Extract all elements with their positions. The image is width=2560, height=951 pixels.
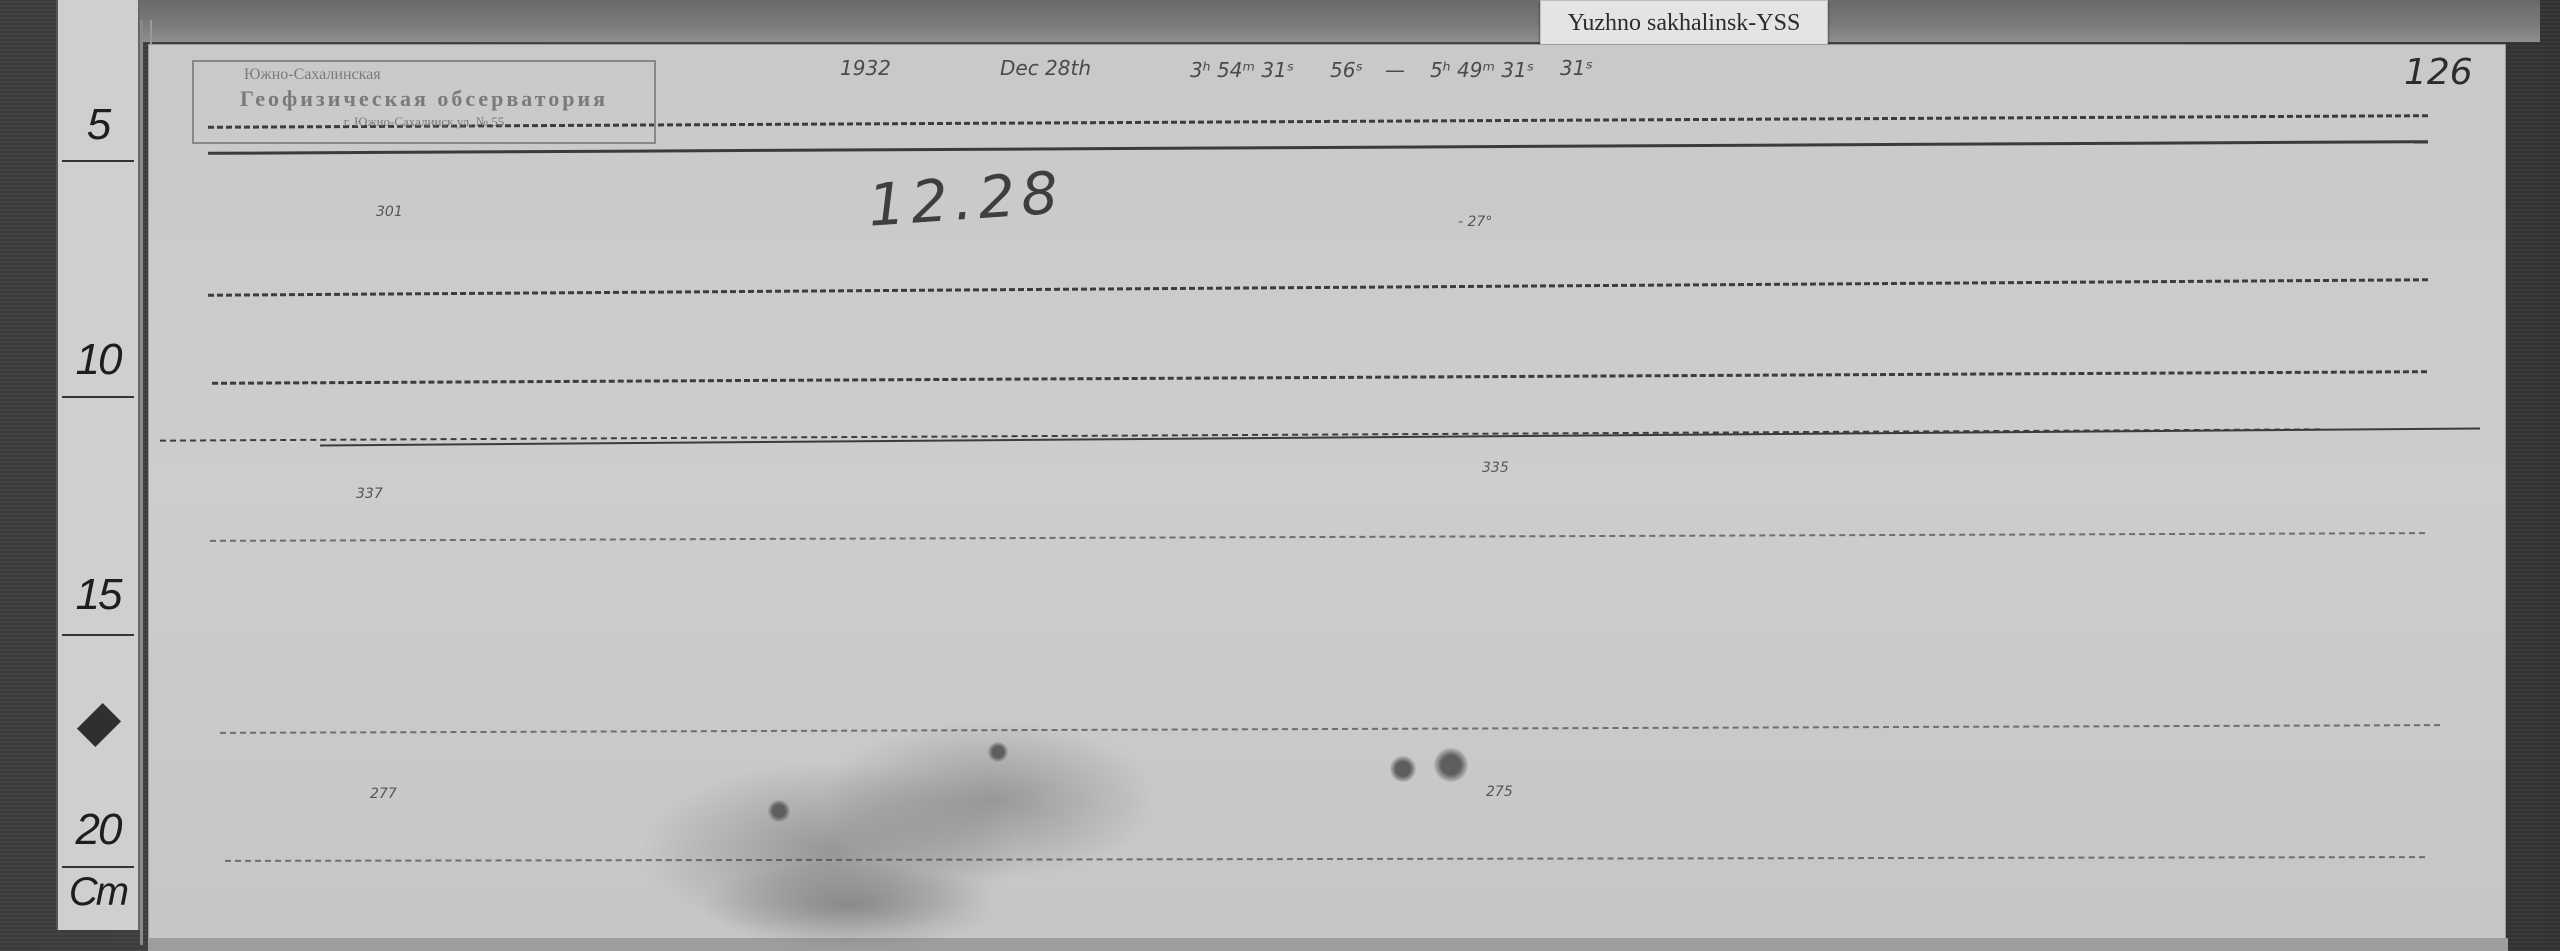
ink-spot: [988, 742, 1008, 762]
stamp-line-2: Геофизическая обсерватория: [194, 86, 654, 112]
seismogram-sheet: [148, 44, 2506, 942]
note-time-start: 3ʰ 54ᵐ 31ˢ: [1190, 58, 1294, 82]
ruler-label-15: 15: [58, 570, 138, 620]
sheet-bottom-edge: [148, 938, 2508, 951]
minute-mark: - 27°: [1458, 214, 1492, 230]
ruler-unit: Cm: [58, 870, 138, 915]
sheet-number: 126: [2404, 52, 2473, 93]
minute-mark: 335: [1482, 460, 1509, 476]
frame-edge-left: [140, 20, 143, 945]
minute-mark: 277: [370, 786, 397, 802]
date-note: 12.28: [866, 158, 1066, 240]
ruler-tick: [62, 160, 134, 162]
station-label: Yuzhno sakhalinsk-YSS: [1540, 0, 1828, 46]
note-duration: 56ˢ: [1330, 58, 1363, 82]
ink-spot: [768, 800, 790, 822]
stamp-line-3: г. Южно-Сахалинск ул. № 55: [194, 114, 654, 130]
ruler-label-10: 10: [58, 335, 138, 385]
stamp-line-1: Южно-Сахалинская: [194, 66, 654, 84]
note-extra: 31ˢ: [1560, 56, 1593, 80]
minute-mark: 337: [356, 486, 383, 502]
minute-mark: 275: [1486, 784, 1513, 800]
ruler-label-5: 5: [58, 100, 138, 150]
top-paper-edge: [130, 0, 2540, 42]
ruler-tick: [62, 634, 134, 636]
note-time-end: 5ʰ 49ᵐ 31ˢ: [1430, 58, 1534, 82]
minute-mark: 301: [376, 204, 403, 220]
ruler-tick: [62, 866, 134, 868]
ink-spot: [1434, 748, 1468, 782]
ink-spot: [1390, 756, 1416, 782]
note-dash: —: [1385, 58, 1405, 82]
ruler-tick: [62, 396, 134, 398]
ruler-label-20: 20: [58, 805, 138, 855]
note-date: Dec 28th: [1000, 56, 1091, 80]
observatory-stamp: Южно-Сахалинская Геофизическая обсервато…: [192, 60, 656, 144]
note-year: 1932: [840, 56, 891, 80]
water-stain: [700, 860, 1000, 950]
cm-ruler: 5 10 15 20 Cm: [56, 0, 140, 930]
